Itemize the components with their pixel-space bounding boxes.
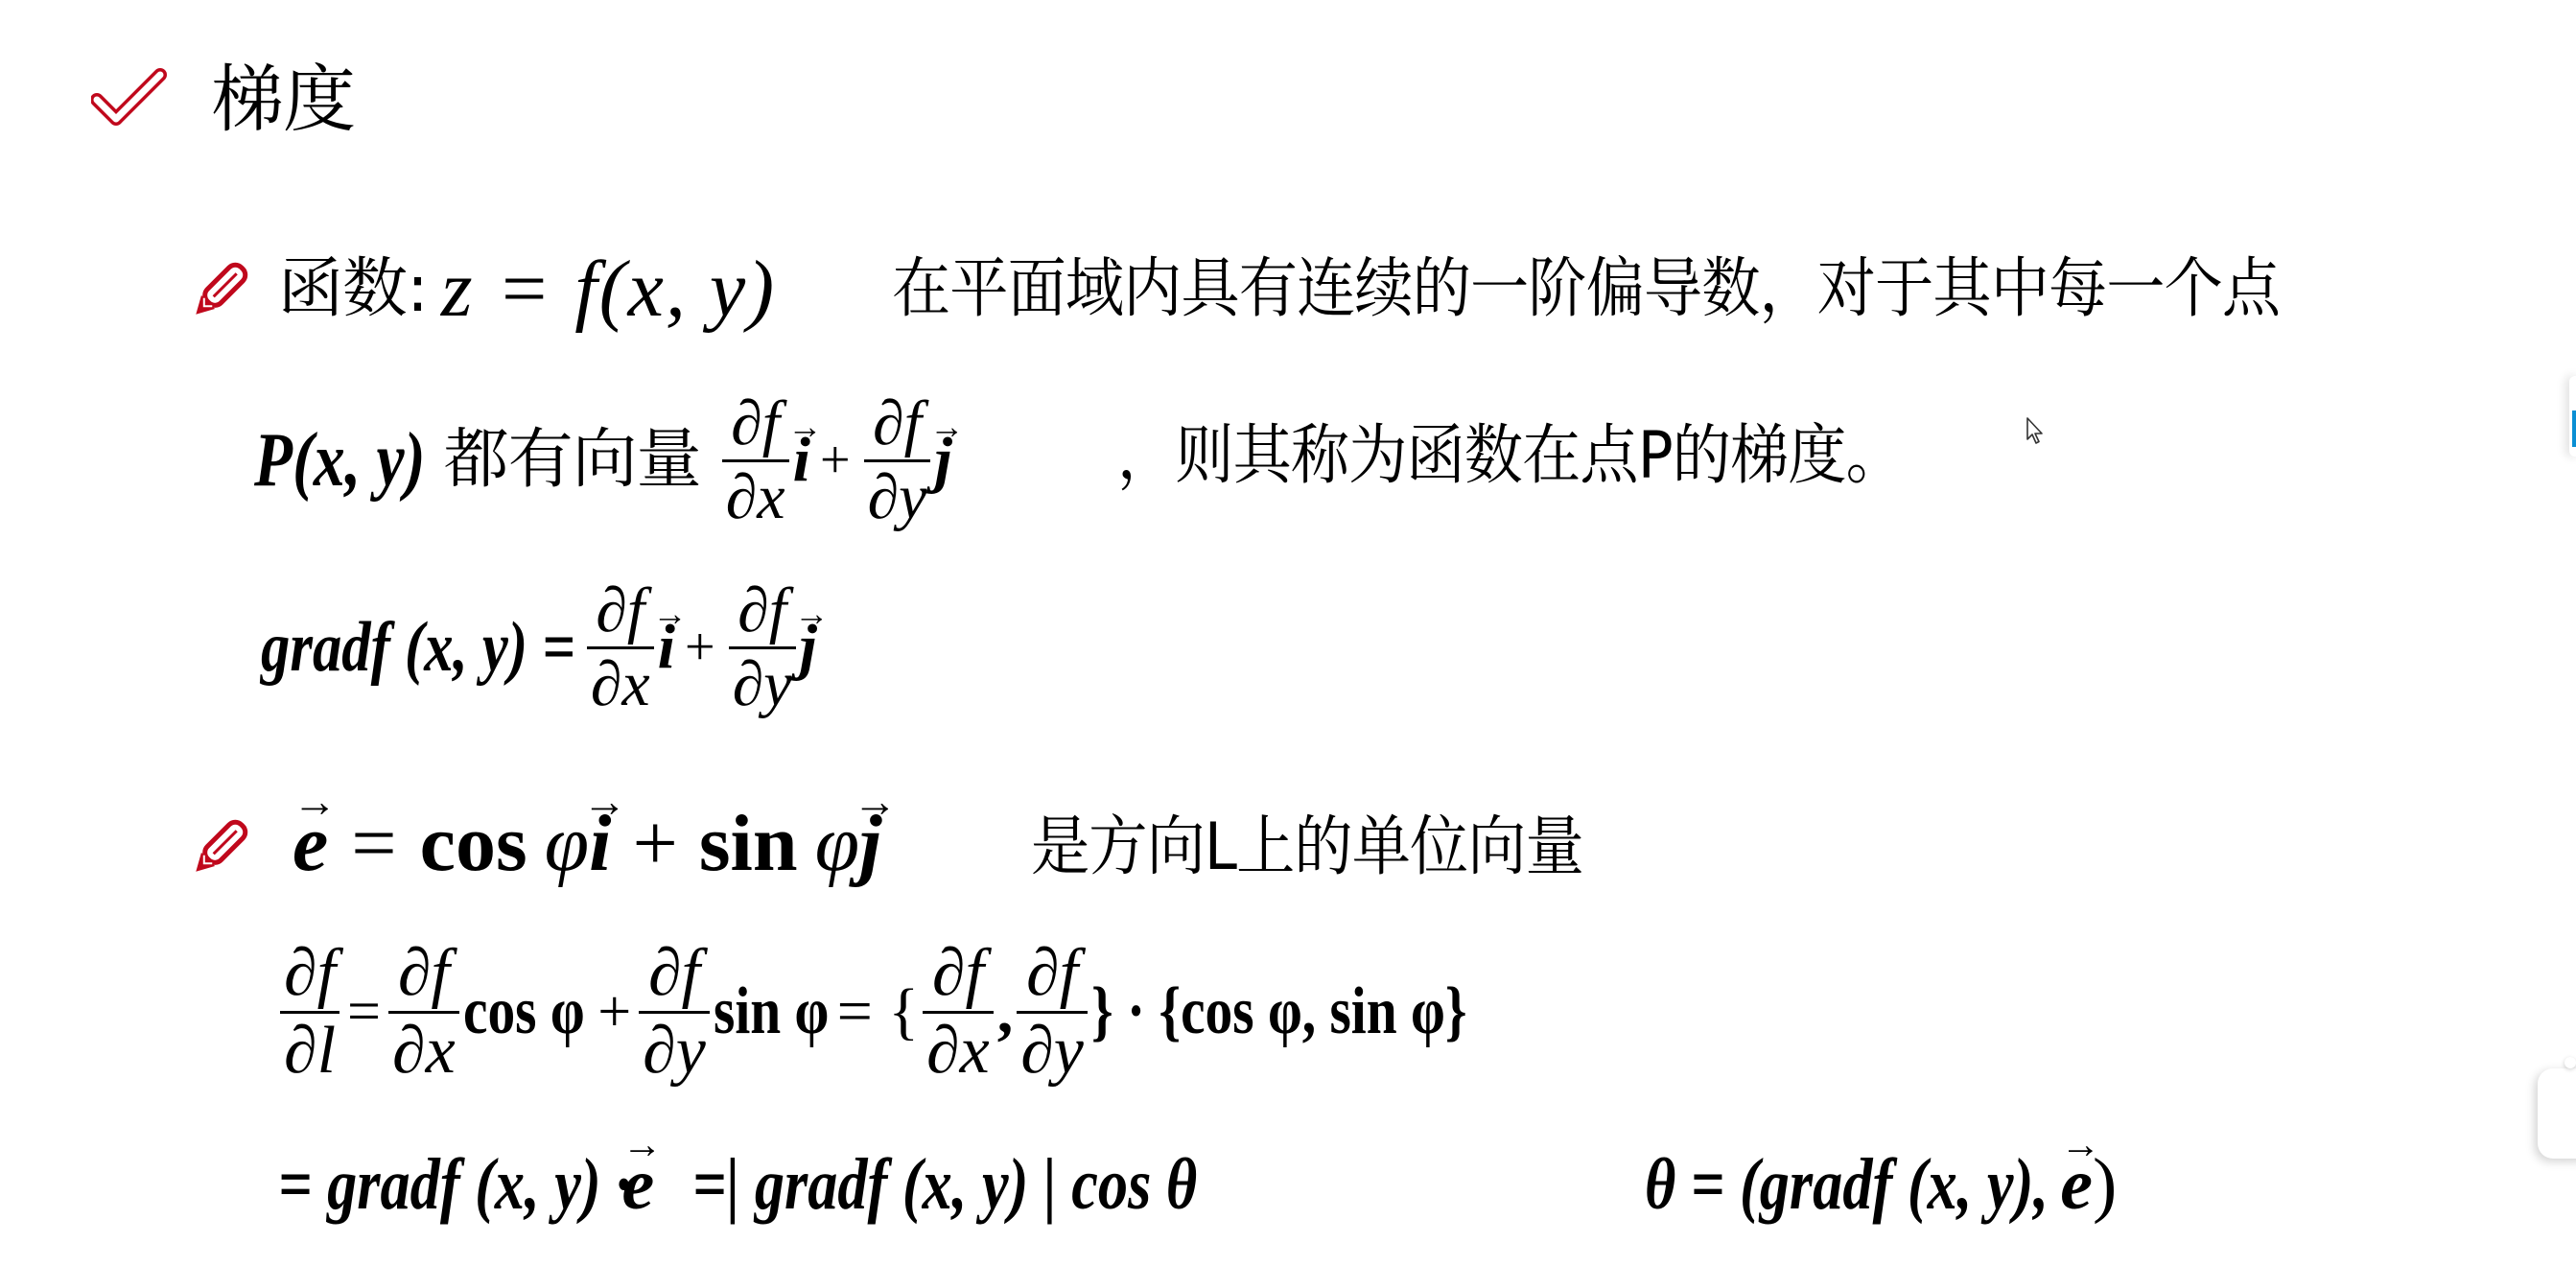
unit-vector-j: j (859, 804, 881, 884)
vector-e: e (293, 804, 328, 884)
fraction-df-dl: ∂f ∂l (280, 940, 340, 1085)
fraction-df-dx: ∂f ∂x (587, 579, 654, 716)
checkmark-icon (91, 67, 168, 127)
fraction-df-dy: ∂f ∂y (864, 392, 931, 529)
unit-vector-i: i (793, 429, 810, 492)
fraction-df-dx: ∂f ∂x (923, 940, 994, 1085)
fraction-df-dy: ∂f ∂y (639, 940, 710, 1085)
fraction-df-dx: ∂f ∂x (722, 392, 789, 529)
tv-antenna (2563, 1055, 2576, 1070)
pencil-icon (188, 251, 261, 320)
equals-sign: = (351, 804, 396, 884)
bullet-1-line-1: 函数: z = f(x, y) (278, 242, 776, 338)
plus-sign: + (820, 434, 851, 487)
side-panel-accent (2572, 410, 2576, 447)
directional-derivative-formula: ∂f ∂l = ∂f ∂x cos φ + ∂f ∂y sin φ = { ∂f… (276, 921, 1549, 1103)
unit-vector-formula: e = cos φ i + sin φ j (293, 786, 881, 902)
vector-e: e (2060, 1148, 2093, 1221)
function-label: 函数: (278, 257, 428, 322)
pencil-icon (188, 809, 261, 878)
gradient-definition-text: ，则其称为函数在点P的梯度。 (1117, 424, 1904, 489)
bullet-1-text: 在平面域内具有连续的一阶偏导数，对于其中每一个点 (892, 257, 2280, 322)
sin-label: sin (699, 804, 798, 884)
sin-phi: sin φ (714, 978, 829, 1045)
unit-vector-j: j (934, 429, 951, 492)
equals-sign: = (347, 982, 381, 1042)
plus-sign: + (597, 982, 631, 1042)
point-p: P(x, y) (254, 422, 425, 499)
grad-magnitude-cos-theta: =| gradf (x, y) | cos θ (692, 1148, 1197, 1221)
theta-definition: θ = (gradf (x, y), e ) (1645, 1132, 2117, 1237)
vector-e: e (622, 1148, 655, 1221)
equals-brace: = { (837, 980, 919, 1043)
plus-sign: + (632, 804, 677, 884)
slide-title: 梯度 (211, 63, 355, 136)
fraction-df-dy: ∂f ∂y (1017, 940, 1088, 1085)
bullet-1-line-2: P(x, y) 都有向量 ∂f ∂x i + ∂f ∂y j (254, 374, 952, 547)
unit-vector-i: i (658, 616, 675, 679)
gradient-dot-product-formula: = gradf (x, y) · e =| gradf (x, y) | cos… (278, 1132, 1308, 1237)
gradf-formula: gradf (x, y) = ∂f ∂x i + ∂f ∂y j (261, 561, 817, 734)
theta-def: θ = (gradf (x, y), (1645, 1148, 2049, 1221)
has-vector-text: 都有向量 (444, 428, 701, 493)
mouse-pointer-icon (2026, 416, 2047, 445)
fraction-df-dx: ∂f ∂x (388, 940, 459, 1085)
grad-dot: = gradf (x, y) · (278, 1148, 631, 1221)
tv-widget-icon[interactable] (2538, 1068, 2576, 1159)
formula-z-equals-f: z = f(x, y) (441, 249, 776, 330)
unit-vector-j: j (800, 616, 817, 679)
dot-product-cos-sin: } · {cos φ, sin φ} (1091, 978, 1466, 1045)
plus-sign: + (685, 621, 715, 674)
unit-vector-i: i (589, 804, 611, 884)
comma: , (997, 980, 1014, 1043)
gradf-lhs: gradf (x, y) = (261, 612, 575, 683)
unit-vector-description: 是方向L上的单位向量 (1031, 815, 1583, 880)
fraction-df-dy: ∂f ∂y (729, 579, 796, 716)
cos-phi: cos φ (463, 978, 585, 1045)
cos-label: cos (420, 804, 527, 884)
side-panel-tab[interactable] (2569, 376, 2576, 457)
